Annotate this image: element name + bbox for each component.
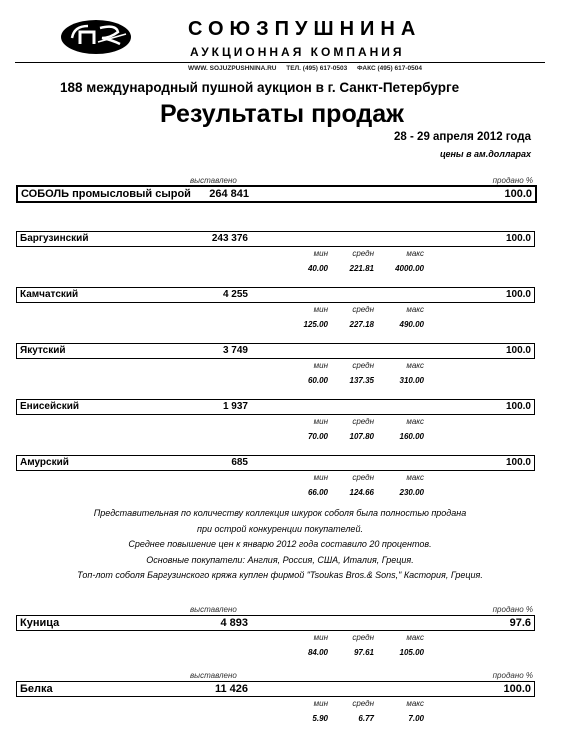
avg-price: 221.81 <box>326 264 374 273</box>
row-offered: 685 <box>231 456 248 470</box>
min-price: 5.90 <box>280 714 328 723</box>
auction-line: 188 международный пушной аукцион в г. Са… <box>60 80 459 95</box>
row-name: СОБОЛЬ промысловый сырой <box>21 187 191 201</box>
avg-price: 6.77 <box>326 714 374 723</box>
row-name: Амурский <box>20 456 69 470</box>
max-label: макс <box>376 417 424 426</box>
max-price: 105.00 <box>376 648 424 657</box>
fur-row: Камчатский4 255100.0 <box>16 287 535 303</box>
sold-pct-caption: продано % <box>493 605 533 614</box>
avg-label: средн <box>326 417 374 426</box>
row-name: Белка <box>20 682 53 696</box>
fur-row: Баргузинский243 376100.0 <box>16 231 535 247</box>
header-divider <box>15 62 545 63</box>
note-line: Представительная по количеству коллекция… <box>30 506 530 522</box>
auction-dates: 28 - 29 апреля 2012 года <box>394 131 531 143</box>
avg-label: средн <box>326 473 374 482</box>
max-label: макс <box>376 361 424 370</box>
max-price: 230.00 <box>376 488 424 497</box>
price-stats: минсреднмакс40.00221.814000.00 <box>280 249 430 279</box>
row-sold-pct: 100.0 <box>506 344 531 358</box>
max-label: макс <box>376 699 424 708</box>
soyuzpushnina-logo-icon <box>60 18 132 56</box>
max-label: макс <box>376 305 424 314</box>
row-offered: 4 893 <box>220 616 248 630</box>
row-sold-pct: 100.0 <box>506 288 531 302</box>
price-stats: минсреднмакс125.00227.18490.00 <box>280 305 430 335</box>
min-price: 125.00 <box>280 320 328 329</box>
avg-price: 124.66 <box>326 488 374 497</box>
summary-notes: Представительная по количеству коллекция… <box>30 506 530 584</box>
max-label: макс <box>376 249 424 258</box>
price-stats: минсреднмакс66.00124.66230.00 <box>280 473 430 503</box>
min-price: 40.00 <box>280 264 328 273</box>
fur-row: Куница4 89397.6 <box>16 615 535 631</box>
min-label: мин <box>280 633 328 642</box>
row-name: Енисейский <box>20 400 79 414</box>
max-price: 160.00 <box>376 432 424 441</box>
avg-label: средн <box>326 633 374 642</box>
contact-line: WWW. SOJUZPUSHNINA.RU ТЕЛ. (495) 617-050… <box>188 65 430 72</box>
sable-total-row: СОБОЛЬ промысловый сырой 264 841 100.0 <box>16 185 537 203</box>
company-subtitle: АУКЦИОННАЯ КОМПАНИЯ <box>190 45 405 59</box>
fur-row: Амурский685100.0 <box>16 455 535 471</box>
sold-pct-caption: продано % <box>493 671 533 680</box>
min-label: мин <box>280 305 328 314</box>
max-price: 4000.00 <box>376 264 424 273</box>
row-name: Камчатский <box>20 288 78 302</box>
price-stats: минсреднмакс70.00107.80160.00 <box>280 417 430 447</box>
company-name: СОЮЗПУШНИНА <box>188 18 421 41</box>
fur-row: Белка11 426100.0 <box>16 681 535 697</box>
row-offered: 11 426 <box>215 682 248 696</box>
min-price: 66.00 <box>280 488 328 497</box>
max-price: 310.00 <box>376 376 424 385</box>
phone-number: ТЕЛ. (495) 617-0503 <box>286 65 347 72</box>
max-label: макс <box>376 633 424 642</box>
row-sold-pct: 100.0 <box>503 682 531 696</box>
max-label: макс <box>376 473 424 482</box>
row-offered: 1 937 <box>223 400 248 414</box>
min-label: мин <box>280 417 328 426</box>
row-sold-pct: 100.0 <box>506 456 531 470</box>
min-label: мин <box>280 473 328 482</box>
price-stats: минсреднмакс5.906.777.00 <box>280 699 430 729</box>
max-price: 490.00 <box>376 320 424 329</box>
page-title: Результаты продаж <box>160 100 404 129</box>
min-label: мин <box>280 699 328 708</box>
row-name: Якутский <box>20 344 66 358</box>
note-line: Среднее повышение цен к январю 2012 года… <box>30 537 530 553</box>
avg-price: 227.18 <box>326 320 374 329</box>
min-price: 60.00 <box>280 376 328 385</box>
note-line: Топ-лот соболя Баргузинского кряжа купле… <box>30 568 530 584</box>
max-price: 7.00 <box>376 714 424 723</box>
note-line: Основные покупатели: Англия, Россия, США… <box>30 553 530 569</box>
row-sold-pct: 100.0 <box>506 232 531 246</box>
avg-label: средн <box>326 699 374 708</box>
note-line: при острой конкуренции покупателей. <box>30 522 530 538</box>
avg-label: средн <box>326 361 374 370</box>
row-offered: 243 376 <box>212 232 248 246</box>
fur-row: Якутский3 749100.0 <box>16 343 535 359</box>
offered-caption: выставлено <box>190 176 237 185</box>
avg-price: 107.80 <box>326 432 374 441</box>
avg-price: 137.35 <box>326 376 374 385</box>
offered-caption: выставлено <box>190 605 237 614</box>
sold-pct-caption: продано % <box>493 176 533 185</box>
min-label: мин <box>280 361 328 370</box>
offered-caption: выставлено <box>190 671 237 680</box>
min-label: мин <box>280 249 328 258</box>
avg-label: средн <box>326 249 374 258</box>
fax-number: ФАКС (495) 617-0504 <box>357 65 422 72</box>
price-stats: минсреднмакс84.0097.61105.00 <box>280 633 430 663</box>
avg-label: средн <box>326 305 374 314</box>
row-offered: 4 255 <box>223 288 248 302</box>
row-sold-pct: 100.0 <box>506 400 531 414</box>
fur-row: Енисейский1 937100.0 <box>16 399 535 415</box>
price-stats: минсреднмакс60.00137.35310.00 <box>280 361 430 391</box>
row-sold-pct: 100.0 <box>504 187 532 201</box>
avg-price: 97.61 <box>326 648 374 657</box>
currency-note: цены в ам.долларах <box>440 149 531 159</box>
website-link[interactable]: WWW. SOJUZPUSHNINA.RU <box>188 65 276 72</box>
min-price: 70.00 <box>280 432 328 441</box>
min-price: 84.00 <box>280 648 328 657</box>
row-offered: 264 841 <box>209 187 249 201</box>
row-sold-pct: 97.6 <box>510 616 531 630</box>
row-offered: 3 749 <box>223 344 248 358</box>
row-name: Куница <box>20 616 59 630</box>
row-name: Баргузинский <box>20 232 88 246</box>
